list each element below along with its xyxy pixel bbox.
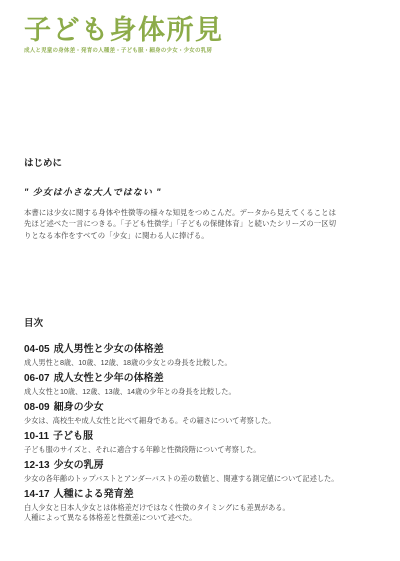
toc-entry-pages: 12-13 (24, 460, 50, 472)
toc-entry-desc: 白人少女と日本人少女とは体格差だけではなく性徴のタイミングにも差異がある。 人種… (24, 503, 378, 522)
intro-body: 本書には少女に関する身体や性徴等の様々な知見をつめこんだ。データから見えてくるこ… (24, 207, 336, 241)
toc-entry-title: 12-13少女の乳房 (24, 460, 378, 472)
toc-entry-label: 細身の少女 (54, 402, 104, 413)
toc-entry-title: 14-17人種による発育差 (24, 489, 378, 501)
toc-entry-pages: 14-17 (24, 489, 50, 501)
toc-entry: 12-13少女の乳房 少女の各年齢のトップバストとアンダーバストの差の数値と、関… (24, 460, 378, 484)
toc-heading: 目次 (24, 318, 378, 329)
toc-entry-label: 少女の乳房 (54, 460, 104, 471)
toc-entry-label: 子ども服 (53, 431, 93, 442)
document-header: 子ども身体所見 成人と児童の身体差・発育の人種差・子ども服・細身の少女・少女の乳… (24, 15, 378, 55)
toc-entry-title: 08-09細身の少女 (24, 402, 378, 414)
toc-entry-pages: 10-11 (24, 431, 49, 443)
toc-list: 04-05成人男性と少女の体格差 成人男性と8歳、10歳、12歳、18歳の少女と… (24, 344, 378, 523)
toc-entry: 04-05成人男性と少女の体格差 成人男性と8歳、10歳、12歳、18歳の少女と… (24, 344, 378, 368)
toc-entry: 14-17人種による発育差 白人少女と日本人少女とは体格差だけではなく性徴のタイ… (24, 489, 378, 523)
toc-entry-desc: 成人男性と8歳、10歳、12歳、18歳の少女との身長を比較した。 (24, 358, 378, 368)
toc-entry: 08-09細身の少女 少女は、高校生や成人女性と比べて細身である。その細さについ… (24, 402, 378, 426)
toc-entry-title: 04-05成人男性と少女の体格差 (24, 344, 378, 356)
toc-entry-label: 成人男性と少女の体格差 (54, 344, 164, 355)
toc-entry-label: 成人女性と少年の体格差 (54, 373, 164, 384)
toc-entry: 10-11子ども服 子ども服のサイズと、それに適合する年齢と性徴段階について考察… (24, 431, 378, 455)
document-page: 子ども身体所見 成人と児童の身体差・発育の人種差・子ども服・細身の少女・少女の乳… (0, 0, 400, 561)
toc-entry-pages: 04-05 (24, 344, 50, 356)
toc-entry-label: 人種による発育差 (54, 489, 134, 500)
toc-entry-desc: 少女は、高校生や成人女性と比べて細身である。その細さについて考察した。 (24, 416, 378, 426)
toc-entry-title: 06-07成人女性と少年の体格差 (24, 373, 378, 385)
toc-entry-title: 10-11子ども服 (24, 431, 378, 443)
intro-section: はじめに " 少女は小さな大人ではない " 本書には少女に関する身体や性徴等の様… (24, 158, 378, 241)
toc-entry-desc: 成人女性と10歳、12歳、13歳、14歳の少年との身長を比較した。 (24, 387, 378, 397)
page-subtitle: 成人と児童の身体差・発育の人種差・子ども服・細身の少女・少女の乳房 (24, 48, 378, 55)
intro-quote: " 少女は小さな大人ではない " (24, 187, 378, 198)
page-title: 子ども身体所見 (24, 15, 378, 46)
intro-heading: はじめに (24, 158, 378, 169)
toc-entry-desc: 子ども服のサイズと、それに適合する年齢と性徴段階について考察した。 (24, 445, 378, 455)
toc-entry-pages: 08-09 (24, 402, 50, 414)
toc-section: 目次 04-05成人男性と少女の体格差 成人男性と8歳、10歳、12歳、18歳の… (24, 318, 378, 523)
toc-entry-desc: 少女の各年齢のトップバストとアンダーバストの差の数値と、関連する測定値について記… (24, 474, 378, 484)
toc-entry-pages: 06-07 (24, 373, 50, 385)
toc-entry: 06-07成人女性と少年の体格差 成人女性と10歳、12歳、13歳、14歳の少年… (24, 373, 378, 397)
